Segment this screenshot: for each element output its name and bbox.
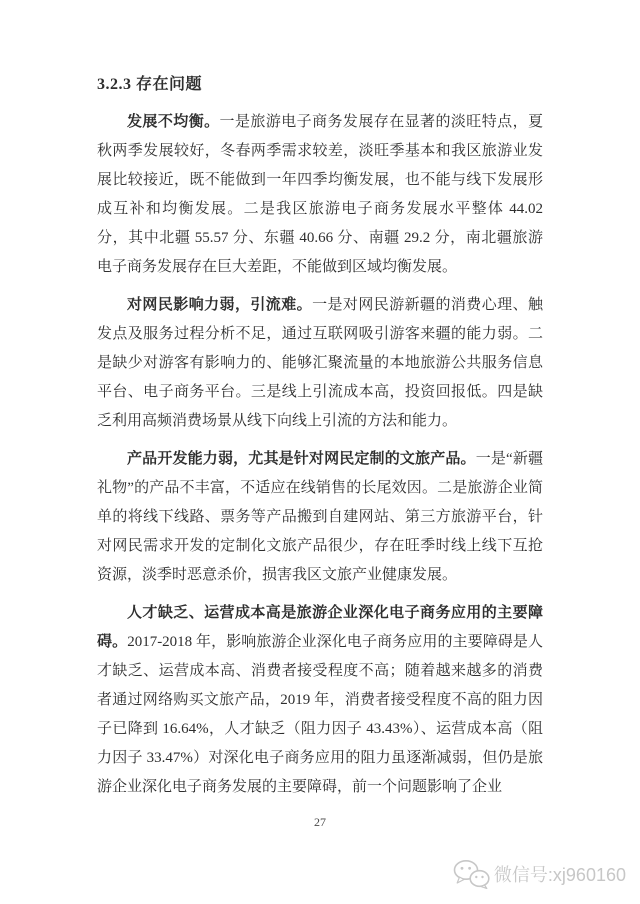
document-content: 3.2.3 存在问题 发展不均衡。一是旅游电子商务发展存在显著的淡旺特点，夏秋两… [97, 70, 543, 802]
document-page: 3.2.3 存在问题 发展不均衡。一是旅游电子商务发展存在显著的淡旺特点，夏秋两… [0, 0, 640, 904]
paragraph-talent-cost-obstacle: 人才缺乏、运营成本高是旅游企业深化电子商务应用的主要障碍。2017-2018 年… [97, 599, 543, 802]
paragraph-weak-influence: 对网民影响力弱，引流难。一是对网民游新疆的消费心理、触发点及服务过程分析不足，通… [97, 291, 543, 436]
paragraph-lead: 对网民影响力弱，引流难。 [127, 297, 312, 313]
paragraph-weak-product-dev: 产品开发能力弱，尤其是针对网民定制的文旅产品。一是“新疆礼物”的产品不丰富，不适… [97, 445, 543, 590]
paragraph-body: 2017-2018 年，影响旅游企业深化电子商务应用的主要障碍是人才缺乏、运营成… [97, 634, 543, 795]
wechat-icon [453, 859, 490, 889]
watermark: 微信号:xj960160 [453, 859, 626, 889]
section-heading: 3.2.3 存在问题 [97, 70, 543, 99]
watermark-text: 微信号:xj960160 [494, 861, 626, 887]
page-number: 27 [97, 811, 543, 833]
paragraph-body: 一是对网民游新疆的消费心理、触发点及服务过程分析不足，通过互联网吸引游客来疆的能… [97, 297, 543, 429]
paragraph-body: 一是旅游电子商务发展存在显著的淡旺特点，夏秋两季发展较好，冬春两季需求较差，淡旺… [97, 114, 543, 275]
paragraph-lead: 产品开发能力弱，尤其是针对网民定制的文旅产品。 [127, 451, 476, 467]
paragraph-lead: 发展不均衡。 [127, 114, 220, 130]
paragraph-development-imbalance: 发展不均衡。一是旅游电子商务发展存在显著的淡旺特点，夏秋两季发展较好，冬春两季需… [97, 108, 543, 282]
paragraph-body: 一是“新疆礼物”的产品不丰富，不适应在线销售的长尾效因。二是旅游企业简单的将线下… [97, 451, 543, 583]
